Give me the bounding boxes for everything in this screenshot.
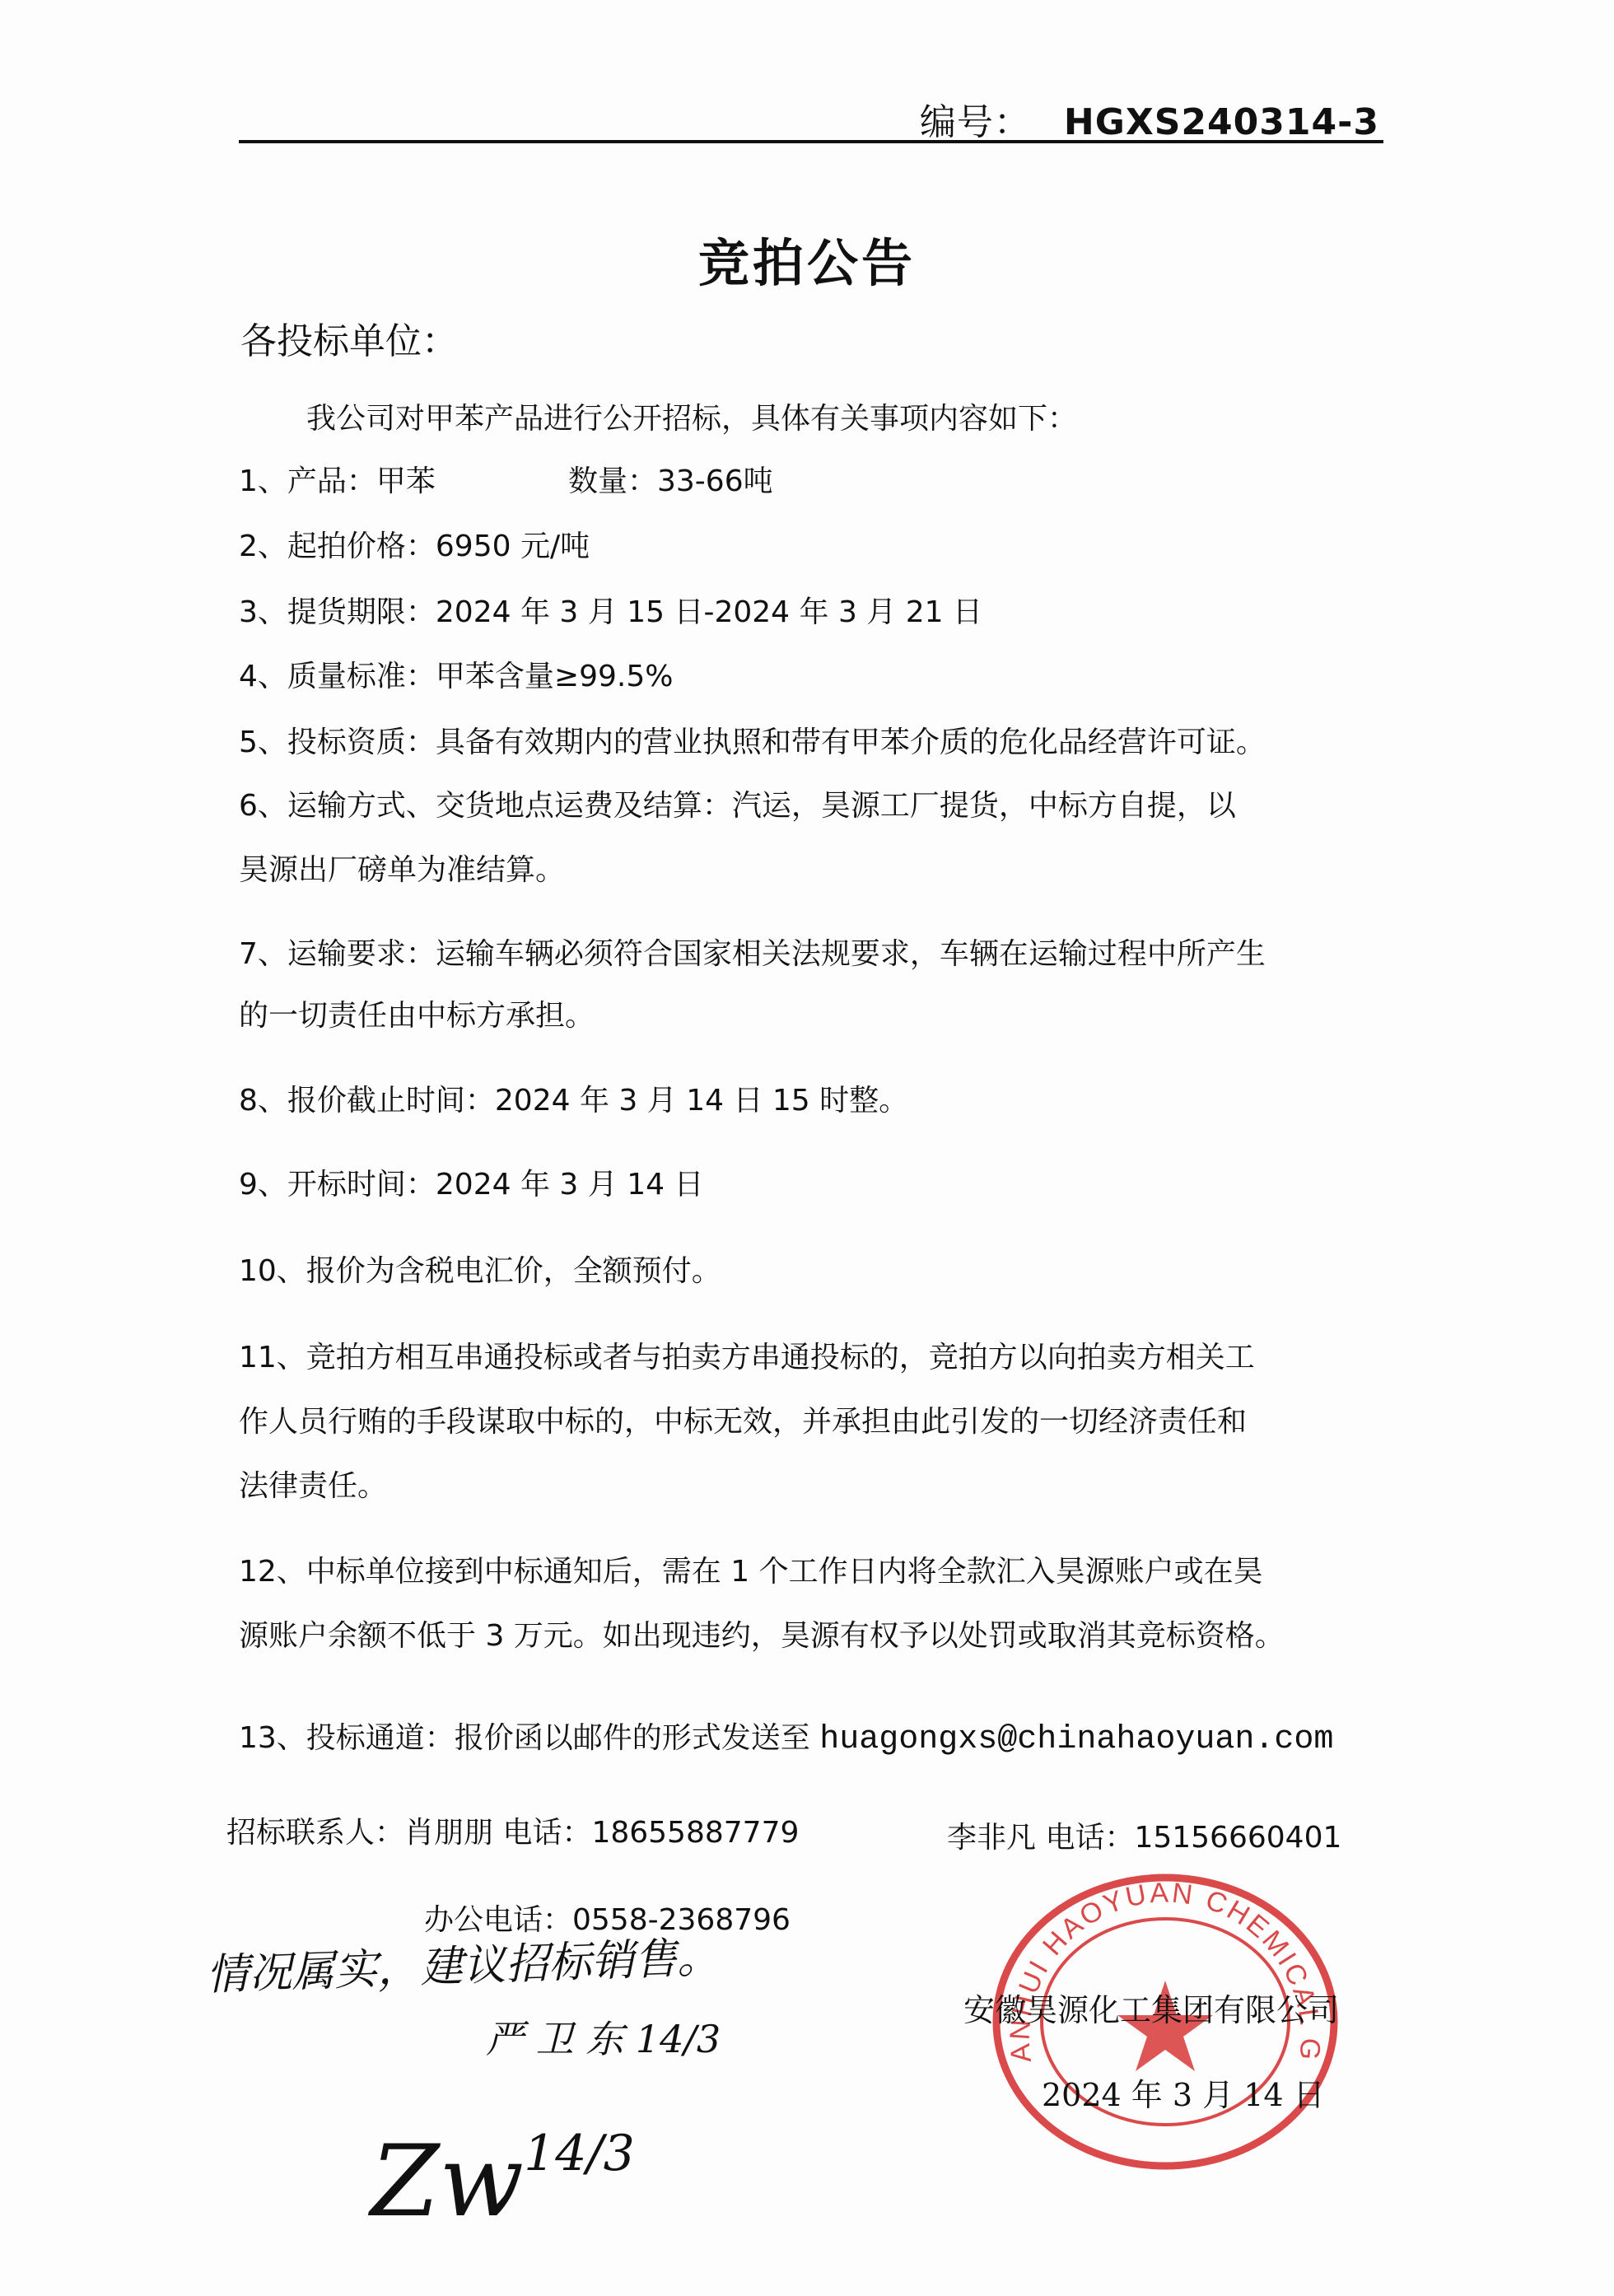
salutation: 各投标单位：: [240, 311, 458, 364]
item-12: 12、中标单位接到中标通知后，需在 1 个工作日内将全款汇入昊源账户或在昊: [239, 1548, 1263, 1590]
contact-2: 李非凡 电话：15156660401: [947, 1814, 1341, 1856]
document-number: 编号：HGXS240314-3: [920, 92, 1379, 145]
page-title: 竞拍公告: [0, 222, 1614, 296]
item-12-cont: 源账户余额不低于 3 万元。如出现违约，昊源有权予以处罚或取消其竞标资格。: [239, 1612, 1285, 1654]
signature-date: 2024 年 3 月 14 日: [1042, 2070, 1325, 2115]
item-2: 2、起拍价格：6950 元/吨: [239, 523, 590, 565]
company-name: 安徽昊源化工集团有限公司: [963, 1985, 1339, 2030]
item-11-cont: 作人员行贿的手段谋取中标的，中标无效，并承担由此引发的一切经济责任和: [239, 1398, 1247, 1440]
item-1-quantity: 数量：33-66吨: [568, 458, 773, 500]
item-1: 1、产品：甲苯 数量：33-66吨: [239, 458, 436, 500]
header-divider: [239, 140, 1383, 143]
item-3: 3、提货期限：2024 年 3 月 15 日-2024 年 3 月 21 日: [239, 589, 982, 631]
contact-1: 招标联系人：肖朋朋 电话：18655887779: [226, 1809, 799, 1851]
item-1-product: 1、产品：甲苯: [239, 464, 436, 498]
intro-paragraph: 我公司对甲苯产品进行公开招标，具体有关事项内容如下：: [306, 395, 1077, 437]
document-page: 编号：HGXS240314-3 竞拍公告 各投标单位： 我公司对甲苯产品进行公开…: [0, 0, 1614, 2296]
document-number-value: HGXS240314-3: [1064, 101, 1379, 143]
item-8: 8、报价截止时间：2024 年 3 月 14 日 15 时整。: [239, 1077, 908, 1119]
handwritten-signature-1: 严 卫 东 14/3: [486, 2009, 721, 2064]
handwritten-signature-2: Zw14/3: [371, 2125, 635, 2239]
item-5: 5、投标资质：具备有效期内的营业执照和带有甲苯介质的危化品经营许可证。: [239, 719, 1266, 761]
item-13-text: 13、投标通道：报价函以邮件的形式发送至: [239, 1721, 819, 1755]
item-11-cont2: 法律责任。: [239, 1463, 387, 1505]
item-7-cont: 的一切责任由中标方承担。: [239, 992, 595, 1034]
handwritten-note: 情况属实，建议招标销售。: [205, 1922, 721, 2002]
document-number-label: 编号：: [920, 101, 1031, 143]
item-9: 9、开标时间：2024 年 3 月 14 日: [239, 1161, 703, 1203]
item-7: 7、运输要求：运输车辆必须符合国家相关法规要求，车辆在运输过程中所产生: [239, 931, 1266, 973]
item-4: 4、质量标准：甲苯含量≥99.5%: [239, 653, 673, 695]
signature-2-date: 14/3: [524, 2125, 635, 2182]
bid-email-link[interactable]: huagongxs@chinahaoyuan.com: [819, 1721, 1333, 1758]
item-11: 11、竞拍方相互串通投标或者与拍卖方串通投标的，竞拍方以向拍卖方相关工: [239, 1334, 1255, 1376]
svg-text:ANHUI HAOYUAN CHEMICAL GROUP C: ANHUI HAOYUAN CHEMICAL GROUP CO.,LTD.: [976, 1857, 1327, 2064]
item-6-cont: 昊源出厂磅单为准结算。: [239, 847, 565, 889]
item-13: 13、投标通道：报价函以邮件的形式发送至 huagongxs@chinahaoy…: [239, 1715, 1333, 1758]
item-10: 10、报价为含税电汇价，全额预付。: [239, 1248, 721, 1290]
item-6: 6、运输方式、交货地点运费及结算：汽运，昊源工厂提货，中标方自提，以: [239, 782, 1236, 824]
signature-2-initials: Zw: [371, 2125, 524, 2239]
